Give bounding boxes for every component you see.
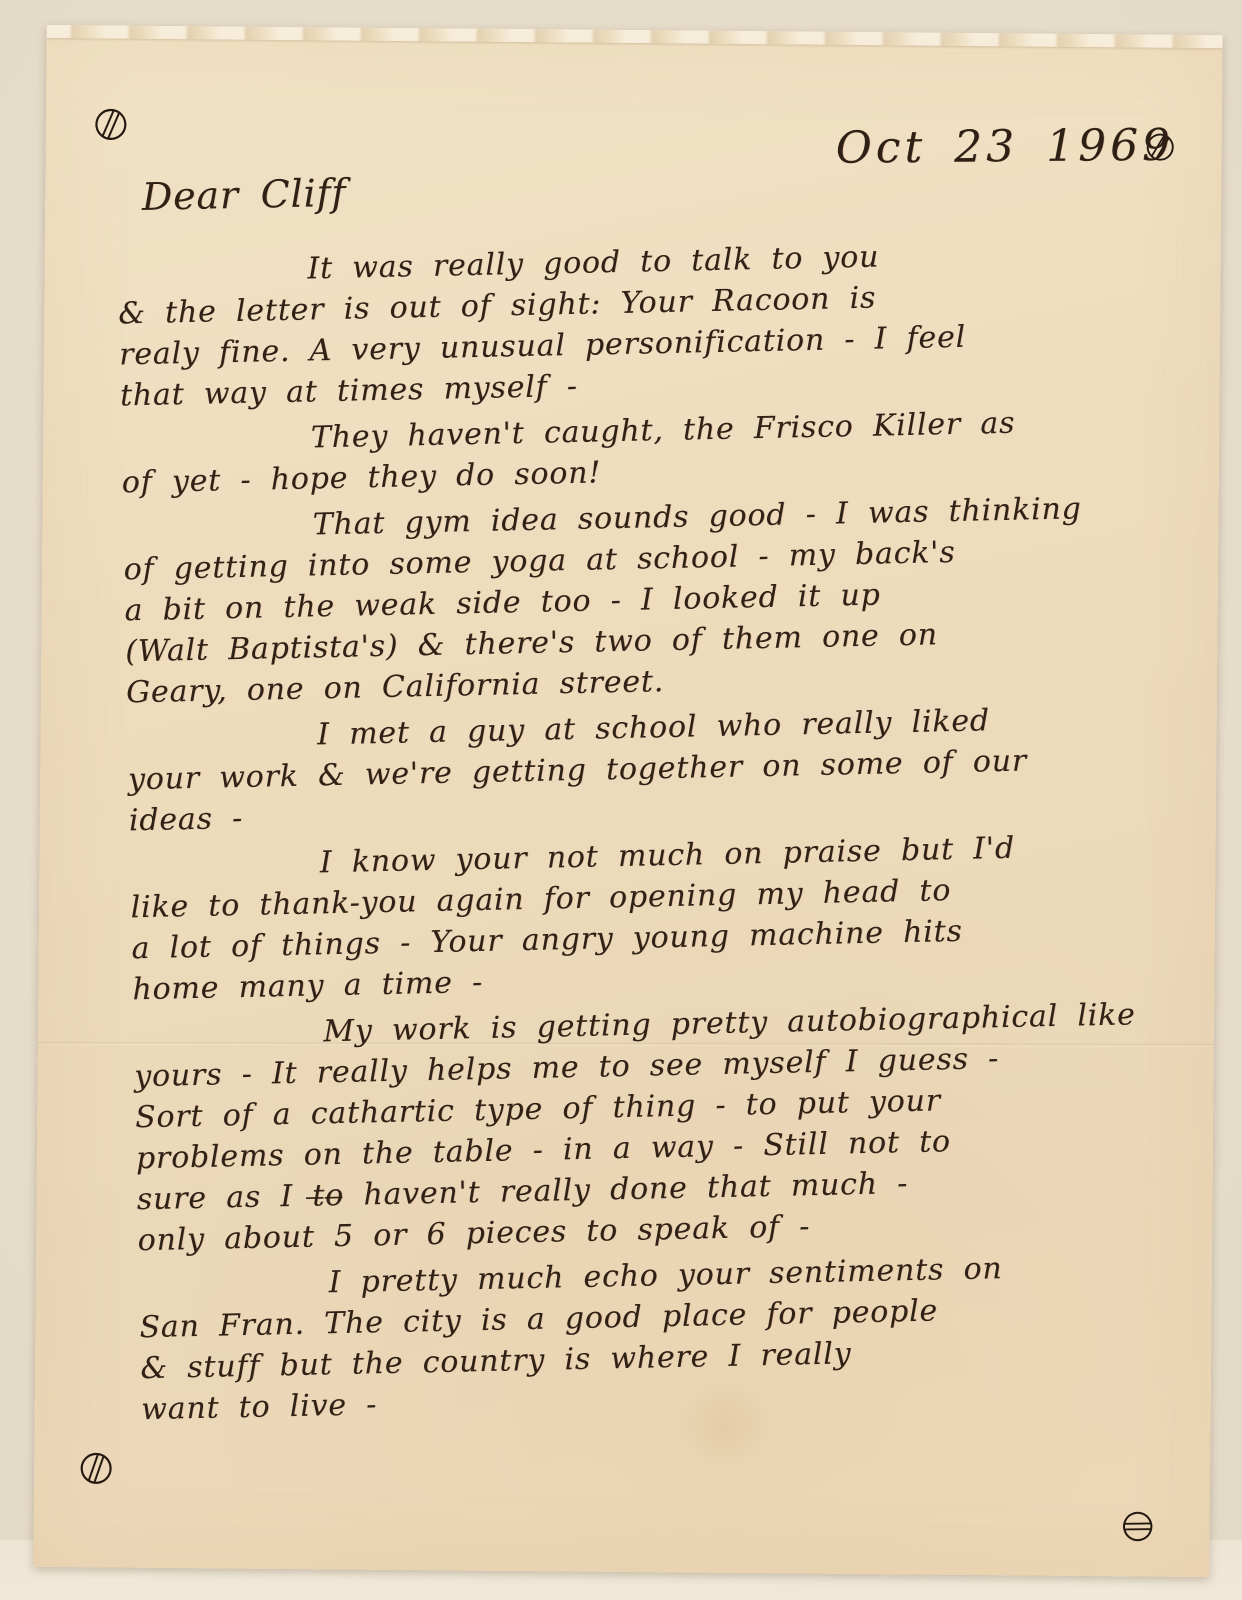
letter-body: Dear Cliff It was really good to talk to… bbox=[115, 155, 1222, 1431]
salutation: Dear Cliff bbox=[115, 155, 1206, 219]
paragraph: They haven't caught, the Frisco Killer a… bbox=[121, 399, 1212, 504]
paragraph: That gym idea sounds good - I was thinki… bbox=[122, 486, 1216, 714]
paragraph: I know your not much on praise but I'd l… bbox=[129, 824, 1222, 1011]
paragraph: My work is getting pretty autobiographic… bbox=[133, 992, 1223, 1261]
screw-mark-icon bbox=[1114, 1502, 1162, 1550]
screw-mark-icon bbox=[75, 1448, 116, 1489]
photo-backdrop: Oct 23 1969 Dear Cliff It was really goo… bbox=[0, 0, 1242, 1600]
paragraph: I pretty much echo your sentiments on Sa… bbox=[138, 1243, 1222, 1430]
letter-paper: Oct 23 1969 Dear Cliff It was really goo… bbox=[33, 25, 1222, 1577]
paragraph: I met a guy at school who really liked y… bbox=[127, 696, 1219, 842]
screw-mark-icon bbox=[91, 105, 130, 144]
paragraph: It was really good to talk to you & the … bbox=[117, 230, 1210, 417]
